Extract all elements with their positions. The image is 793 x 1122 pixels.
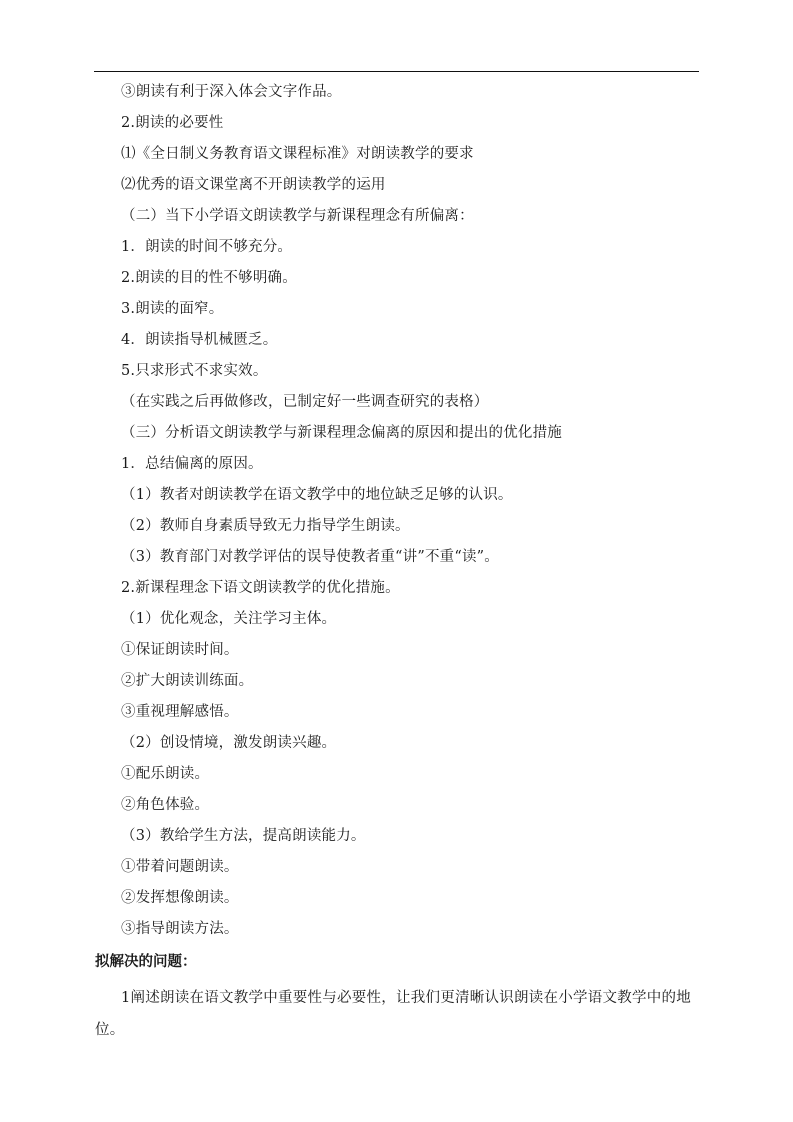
text-line: 5.只求形式不求实效。: [121, 356, 268, 386]
section-subheading: （二）当下小学语文朗读教学与新课程理念有所偏离：: [121, 201, 474, 231]
section-heading: 拟解决的问题：: [95, 947, 197, 977]
text-line: ③重视理解感悟。: [121, 697, 239, 727]
text-line: 2.朗读的必要性: [121, 108, 223, 138]
section-subheading: （三）分析语文朗读教学与新课程理念偏离的原因和提出的优化措施: [121, 418, 562, 448]
text-line: 4．朗读指导机械匮乏。: [121, 325, 277, 355]
text-line: （2）教师自身素质导致无力指导学生朗读。: [121, 511, 410, 541]
text-line: ③指导朗读方法。: [121, 914, 239, 944]
document-page: ③朗读有利于深入体会文字作品。 2.朗读的必要性 ⑴《全日制义务教育语文课程标准…: [0, 0, 793, 1122]
text-line: （3）教育部门对教学评估的误导使教者重“讲”不重“读”。: [121, 542, 499, 572]
text-line: ⑴《全日制义务教育语文课程标准》对朗读教学的要求: [121, 139, 474, 169]
text-line: ①配乐朗读。: [121, 759, 209, 789]
text-line: ②发挥想像朗读。: [121, 883, 239, 913]
note-line: （在实践之后再做修改，已制定好一些调查研究的表格）: [121, 387, 489, 417]
text-line: ①带着问题朗读。: [121, 852, 239, 882]
text-line: ②扩大朗读训练面。: [121, 666, 253, 696]
text-line: （1）优化观念，关注学习主体。: [121, 604, 336, 634]
text-line: 2.朗读的目的性不够明确。: [121, 263, 297, 293]
text-line: （3）教给学生方法，提高朗读能力。: [121, 821, 366, 851]
text-line: （1）教者对朗读教学在语文教学中的地位缺乏足够的认识。: [121, 480, 513, 510]
text-line: ⑵优秀的语文课堂离不开朗读教学的运用: [121, 170, 386, 200]
text-line: 2.新课程理念下语文朗读教学的优化措施。: [121, 573, 400, 603]
text-line: 1．朗读的时间不够充分。: [121, 232, 292, 262]
text-line: 1．总结偏离的原因。: [121, 449, 263, 479]
header-rule: [94, 71, 699, 72]
body-paragraph: 1阐述朗读在语文教学中重要性与必要性，让我们更清晰认识朗读在小学语文教学中的地位…: [95, 982, 699, 1046]
text-line: ②角色体验。: [121, 790, 209, 820]
text-line: （2）创设情境，激发朗读兴趣。: [121, 728, 336, 758]
text-line: ③朗读有利于深入体会文字作品。: [121, 77, 342, 107]
text-line: ①保证朗读时间。: [121, 635, 239, 665]
text-line: 3.朗读的面窄。: [121, 294, 223, 324]
